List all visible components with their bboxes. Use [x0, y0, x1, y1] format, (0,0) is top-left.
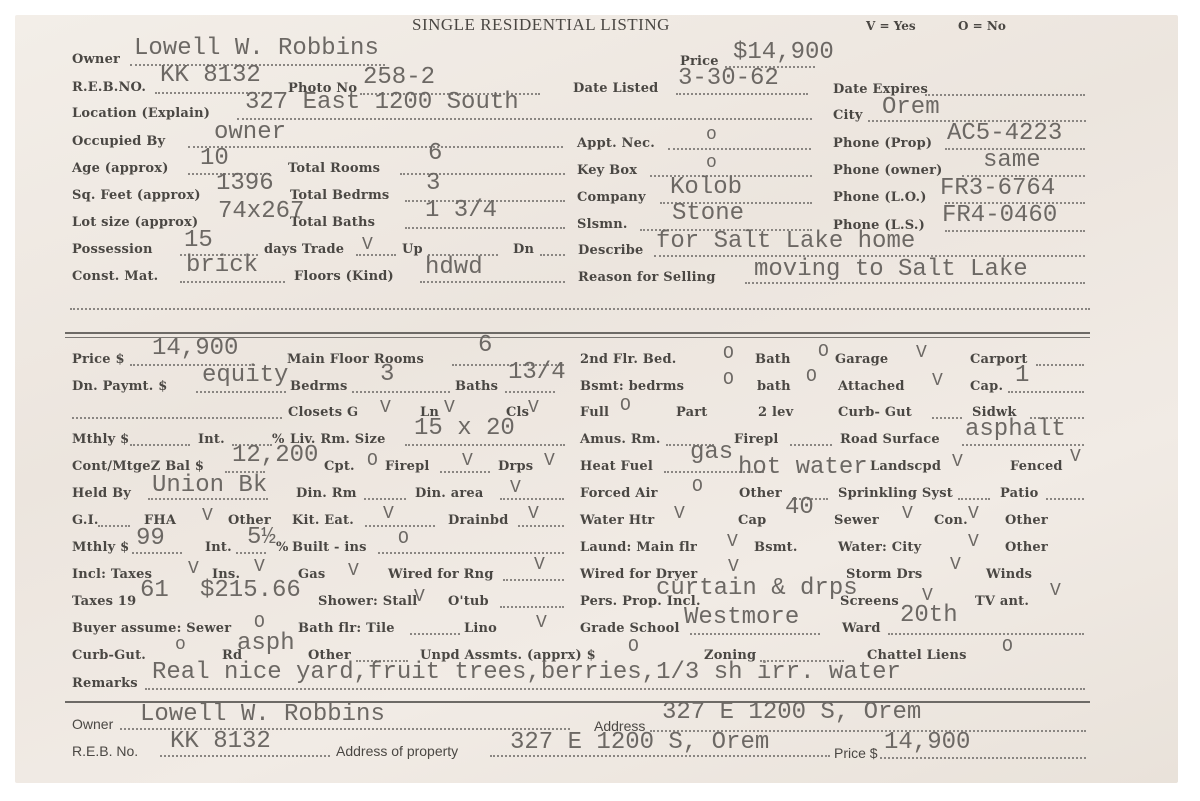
kit-eat-label: Kit. Eat.	[292, 513, 354, 528]
drainbd-value[interactable]: V	[528, 505, 539, 523]
phone-lo-value[interactable]: FR3-6764	[940, 177, 1055, 201]
reason-selling-label: Reason for Selling	[578, 270, 716, 285]
days-trade-label: days Trade	[264, 242, 344, 257]
dn-label: Dn	[513, 242, 534, 257]
heat-fuel-label: Heat Fuel	[580, 459, 653, 474]
legend-yes: V = Yes	[866, 19, 916, 33]
din-rm-label: Din. Rm	[296, 486, 357, 501]
drps-value[interactable]: V	[544, 452, 555, 470]
baths-label: Baths	[455, 379, 498, 394]
footer-address-value[interactable]: 327 E 1200 S, Orem	[662, 701, 921, 725]
zoning-line[interactable]	[760, 660, 844, 662]
con-label: Con.	[934, 513, 968, 528]
water-htr-label: Water Htr	[580, 513, 654, 528]
mthly-top-label: Mthly $	[72, 432, 129, 447]
main-floor-rooms-label: Main Floor Rooms	[287, 352, 424, 367]
cap-htr-value[interactable]: 40	[785, 496, 814, 520]
tv-ant-label: TV ant.	[975, 594, 1029, 609]
blank-line-2[interactable]	[72, 417, 282, 419]
dn-paymt-value[interactable]: equity	[202, 364, 288, 388]
sq-feet-value[interactable]: 1396	[216, 172, 274, 196]
total-bedrms-value[interactable]: 3	[426, 172, 440, 196]
storm-drs-value[interactable]: V	[950, 556, 961, 574]
total-baths-line	[405, 227, 565, 229]
laund-main-value[interactable]: V	[727, 533, 738, 551]
reb-no-label: R.E.B.NO.	[72, 80, 146, 95]
gi-line[interactable]	[98, 525, 130, 527]
footer-owner-value[interactable]: Lowell W. Robbins	[140, 703, 385, 727]
phone-ls-line	[945, 230, 1085, 232]
otub-line[interactable]	[500, 606, 564, 608]
din-area-value[interactable]: V	[510, 479, 521, 497]
amus-firepl-line[interactable]	[790, 444, 832, 446]
curb-gut-line[interactable]	[932, 417, 962, 419]
price2-value[interactable]: 14,900	[152, 337, 238, 361]
reb-no-value[interactable]: KK 8132	[160, 64, 261, 88]
closets-g-label: Closets G	[288, 405, 358, 420]
key-box-label: Key Box	[577, 163, 637, 178]
int-line	[236, 552, 266, 554]
occupied-by-line	[188, 146, 563, 148]
patio-label: Patio	[1000, 486, 1038, 501]
din-rm-line[interactable]	[364, 498, 406, 500]
date-listed-value[interactable]: 3-30-62	[678, 67, 779, 91]
const-mat-line	[180, 281, 285, 283]
slsmn-value[interactable]: Stone	[672, 202, 744, 226]
carport-line[interactable]	[1036, 364, 1084, 366]
garage-value[interactable]: V	[916, 344, 927, 362]
attached-value[interactable]: V	[932, 372, 943, 390]
other-sewer-label: Other	[1005, 513, 1048, 528]
blank-line[interactable]	[70, 308, 1090, 310]
incl-taxes-value[interactable]: V	[188, 560, 199, 578]
road-surface-line	[962, 444, 1084, 446]
second-flr-bed-value[interactable]: O	[723, 345, 734, 363]
dn-line[interactable]	[540, 254, 565, 256]
describe-label: Describe	[578, 243, 644, 258]
remarks-line	[145, 688, 1085, 690]
taxes-year-value[interactable]: 61	[140, 579, 169, 603]
int-label: Int.	[205, 540, 232, 555]
din-area-line	[500, 498, 564, 500]
footer-owner-label: Owner	[72, 716, 113, 732]
winds-label: Winds	[986, 567, 1032, 582]
int-pct: %	[276, 540, 289, 555]
other-heat-label: Other	[739, 486, 782, 501]
sewer-value[interactable]: V	[902, 505, 913, 523]
amus-firepl-label: Firepl	[734, 432, 779, 447]
zoning-label: Zoning	[704, 648, 756, 663]
phone-owner-value[interactable]: same	[983, 149, 1041, 173]
laund-main-label: Laund: Main flr	[580, 540, 697, 555]
taxes-amount-value[interactable]: $215.66	[200, 579, 301, 603]
attached-label: Attached	[838, 379, 905, 394]
curb-gut-assume-label: Curb-Gut.	[72, 648, 146, 663]
total-baths-label: Total Baths	[290, 215, 375, 230]
ward-value[interactable]: 20th	[900, 604, 958, 628]
occupied-by-label: Occupied By	[72, 134, 165, 149]
landscpd-value[interactable]: V	[952, 453, 963, 471]
const-mat-value[interactable]: brick	[186, 254, 258, 278]
shower-stall-value[interactable]: V	[414, 588, 425, 606]
baths-value[interactable]: 13/4	[508, 361, 566, 385]
slsmn-label: Slsmn.	[577, 217, 628, 232]
grade-school-line	[690, 633, 820, 635]
total-rooms-line	[400, 173, 565, 175]
bsmt-bath-value[interactable]: O	[806, 368, 817, 386]
owner-value[interactable]: Lowell W. Robbins	[134, 37, 379, 61]
describe-value[interactable]: for Salt Lake home	[656, 230, 915, 254]
otub-label: O'tub	[448, 594, 489, 609]
ward-line	[888, 633, 1084, 635]
location-label: Location (Explain)	[72, 106, 210, 121]
con-value[interactable]: V	[968, 505, 979, 523]
pers-prop-value[interactable]: curtain & drps	[656, 577, 858, 601]
bedrms-line	[352, 391, 450, 393]
city-value[interactable]: Orem	[882, 96, 940, 120]
mthly-top-line[interactable]	[130, 444, 190, 446]
liv-rm-size-value[interactable]: 15 x 20	[414, 417, 515, 441]
part-label: Part	[676, 405, 708, 420]
firepl-label: Firepl	[385, 459, 430, 474]
cap-label: Cap.	[970, 379, 1003, 394]
fenced-value[interactable]: V	[1070, 448, 1081, 466]
drainbd-line	[518, 525, 564, 527]
phone-prop-label: Phone (Prop)	[833, 136, 932, 151]
bath-tile-line[interactable]	[410, 633, 460, 635]
price-value[interactable]: $14,900	[733, 41, 834, 65]
chattel-liens-label: Chattel Liens	[867, 648, 967, 663]
section-divider-top	[65, 332, 1090, 334]
drainbd-label: Drainbd	[448, 513, 509, 528]
tv-ant-value[interactable]: V	[1050, 582, 1061, 600]
grade-school-label: Grade School	[580, 621, 680, 636]
sewer-label: Sewer	[834, 513, 879, 528]
gas-label: Gas	[298, 567, 325, 582]
ins-value[interactable]: V	[254, 558, 265, 576]
cap-value[interactable]: 1	[1015, 364, 1029, 388]
int-value[interactable]: 5½	[247, 526, 276, 550]
full-value[interactable]: O	[620, 397, 631, 415]
heat-fuel-value[interactable]: gas	[690, 441, 733, 465]
footer-price-label: Price $	[834, 745, 878, 761]
key-box-value[interactable]: o	[706, 154, 717, 172]
road-surface-label: Road Surface	[840, 432, 940, 447]
fha-value[interactable]: V	[202, 507, 213, 525]
closets-g-value[interactable]: V	[380, 399, 391, 417]
bsmt-bedrms-label: Bsmt: bedrms	[580, 379, 684, 394]
floors-kind-value[interactable]: hdwd	[425, 256, 483, 280]
legend-no: O = No	[958, 19, 1006, 33]
second-flr-bed-label: 2nd Flr. Bed.	[580, 352, 676, 367]
sq-feet-label: Sq. Feet (approx)	[72, 188, 201, 203]
liv-rm-size-line	[405, 444, 565, 446]
total-bedrms-label: Total Bedrms	[290, 188, 389, 203]
form-title: SINGLE RESIDENTIAL LISTING	[412, 15, 670, 35]
age-value[interactable]: 10	[200, 147, 229, 171]
date-expires-line[interactable]	[925, 94, 1085, 96]
lino-label: Lino	[464, 621, 497, 636]
gi-label: G.I.	[72, 513, 99, 528]
bedrms-value[interactable]: 3	[380, 363, 394, 387]
footer-address-property-label: Address of property	[336, 743, 458, 759]
phone-ls-value[interactable]: FR4-0460	[942, 204, 1057, 228]
fenced-label: Fenced	[1010, 459, 1063, 474]
sprinkling-label: Sprinkling Syst	[838, 486, 953, 501]
forced-air-label: Forced Air	[580, 486, 658, 501]
mthly-line	[132, 552, 182, 554]
cpt-label: Cpt.	[324, 459, 355, 474]
held-by-label: Held By	[72, 486, 131, 501]
possession-value[interactable]: 15	[184, 229, 213, 253]
appt-nec-label: Appt. Nec.	[577, 136, 655, 151]
location-value[interactable]: 327 East 1200 South	[245, 91, 519, 115]
taxes-year-label: Taxes 19	[72, 594, 136, 609]
firepl-line	[440, 471, 490, 473]
cap-line	[1008, 391, 1084, 393]
landscpd-label: Landscpd	[870, 459, 941, 474]
mthly-label: Mthly $	[72, 540, 129, 555]
footer-reb-no-value[interactable]: KK 8132	[170, 730, 271, 754]
firepl-value[interactable]: V	[462, 452, 473, 470]
bath-tile-label: Bath flr: Tile	[298, 621, 395, 636]
dn-paymt-line	[196, 391, 286, 393]
held-by-value[interactable]: Union Bk	[152, 474, 267, 498]
footer-reb-no-line	[160, 755, 330, 757]
buyer-sewer-label: Buyer assume: Sewer	[72, 621, 231, 636]
water-city-label: Water: City	[838, 540, 921, 555]
bedrms-label: Bedrms	[290, 379, 347, 394]
grade-school-value[interactable]: Westmore	[684, 606, 799, 630]
footer-price-line	[880, 757, 1086, 759]
int-top-label: Int.	[198, 432, 225, 447]
screens-label: Screens	[840, 594, 899, 609]
reason-selling-value[interactable]: moving to Salt Lake	[754, 258, 1028, 282]
floors-kind-label: Floors (Kind)	[294, 269, 394, 284]
footer-address-property-value[interactable]: 327 E 1200 S, Orem	[510, 731, 769, 755]
bsmt-bath-label: bath	[757, 379, 791, 394]
garage-label: Garage	[835, 352, 888, 367]
patio-line[interactable]	[1046, 498, 1084, 500]
price2-label: Price $	[72, 352, 125, 367]
remarks-label: Remarks	[72, 676, 138, 691]
drps-label: Drps	[498, 459, 533, 474]
gas-value[interactable]: V	[348, 562, 359, 580]
two-lev-label: 2 lev	[758, 405, 793, 420]
appt-nec-line	[668, 148, 811, 150]
bsmt-bedrms-value[interactable]: O	[723, 371, 734, 389]
total-baths-value[interactable]: 1 3/4	[425, 199, 497, 223]
phone-prop-value[interactable]: AC5-4223	[947, 122, 1062, 146]
bsmt-laund-label: Bsmt.	[754, 540, 798, 555]
curb-gut-label: Curb- Gut	[838, 405, 912, 420]
shower-stall-label: Shower: Stall	[318, 594, 417, 609]
second-flr-bath-label: Bath	[755, 352, 791, 367]
trade-value[interactable]: V	[362, 236, 373, 254]
cap-htr-label: Cap	[738, 513, 766, 528]
footer-reb-no-label: R.E.B. No.	[72, 743, 138, 759]
floors-kind-line	[420, 281, 565, 283]
built-ins-value[interactable]: O	[398, 530, 409, 548]
owner-label: Owner	[72, 52, 120, 67]
company-value[interactable]: Kolob	[670, 176, 742, 200]
amus-rm-label: Amus. Rm.	[580, 432, 661, 447]
water-city-value[interactable]: V	[968, 533, 979, 551]
city-label: City	[833, 108, 863, 123]
photo-no-value[interactable]: 258-2	[363, 66, 435, 90]
phone-lo-label: Phone (L.O.)	[833, 190, 927, 205]
kit-eat-line	[365, 525, 435, 527]
chattel-liens-value[interactable]: O	[1002, 638, 1013, 656]
heat-fuel-value-2[interactable]: hot water	[738, 456, 868, 480]
kit-eat-value[interactable]: V	[383, 505, 394, 523]
occupied-by-value[interactable]: owner	[214, 121, 286, 145]
curb-gut-assume-value[interactable]: o	[175, 636, 186, 654]
full-label: Full	[580, 405, 609, 420]
cpt-value[interactable]: O	[367, 452, 378, 470]
other-water-label: Other	[1005, 540, 1048, 555]
company-label: Company	[577, 190, 646, 205]
sprinkling-line[interactable]	[958, 498, 990, 500]
road-surface-value[interactable]: asphalt	[965, 418, 1066, 442]
forced-air-value[interactable]: O	[692, 478, 703, 496]
ward-label: Ward	[842, 621, 881, 636]
built-ins-label: Built - ins	[292, 540, 367, 555]
main-floor-rooms-value[interactable]: 6	[478, 334, 492, 358]
second-flr-bath-value[interactable]: O	[818, 343, 829, 361]
phone-owner-label: Phone (owner)	[833, 163, 942, 178]
location-line	[237, 118, 812, 120]
const-mat-label: Const. Mat.	[72, 269, 158, 284]
possession-label: Possession	[72, 242, 153, 257]
wired-rng-line	[503, 579, 564, 581]
built-ins-line	[378, 552, 564, 554]
din-area-label: Din. area	[415, 486, 483, 501]
unpd-assmts-value[interactable]: O	[628, 638, 639, 656]
lot-size-label: Lot size (approx)	[72, 215, 198, 230]
date-listed-label: Date Listed	[573, 81, 658, 96]
mthly-value[interactable]: 99	[136, 527, 165, 551]
baths-line	[505, 391, 555, 393]
appt-nec-value[interactable]: o	[706, 126, 717, 144]
cont-mtge-bal-value[interactable]: 12,200	[232, 444, 318, 468]
remarks-value[interactable]: Real nice yard,fruit trees,berries,1/3 s…	[152, 661, 901, 685]
wired-rng-label: Wired for Rng	[388, 567, 494, 582]
total-rooms-label: Total Rooms	[288, 161, 380, 176]
wired-rng-value[interactable]: V	[534, 556, 545, 574]
water-htr-value[interactable]: V	[674, 505, 685, 523]
total-rooms-value[interactable]: 6	[428, 142, 442, 166]
up-label: Up	[402, 242, 423, 257]
footer-price-value[interactable]: 14,900	[884, 731, 970, 755]
date-listed-line	[676, 93, 808, 95]
wired-dryer-value[interactable]: V	[728, 558, 739, 576]
rd-value[interactable]: asph	[237, 632, 295, 656]
lino-value[interactable]: V	[536, 614, 547, 632]
closets-cls-value[interactable]: V	[528, 399, 539, 417]
age-label: Age (approx)	[72, 161, 169, 176]
dn-paymt-label: Dn. Paymt. $	[72, 379, 167, 394]
